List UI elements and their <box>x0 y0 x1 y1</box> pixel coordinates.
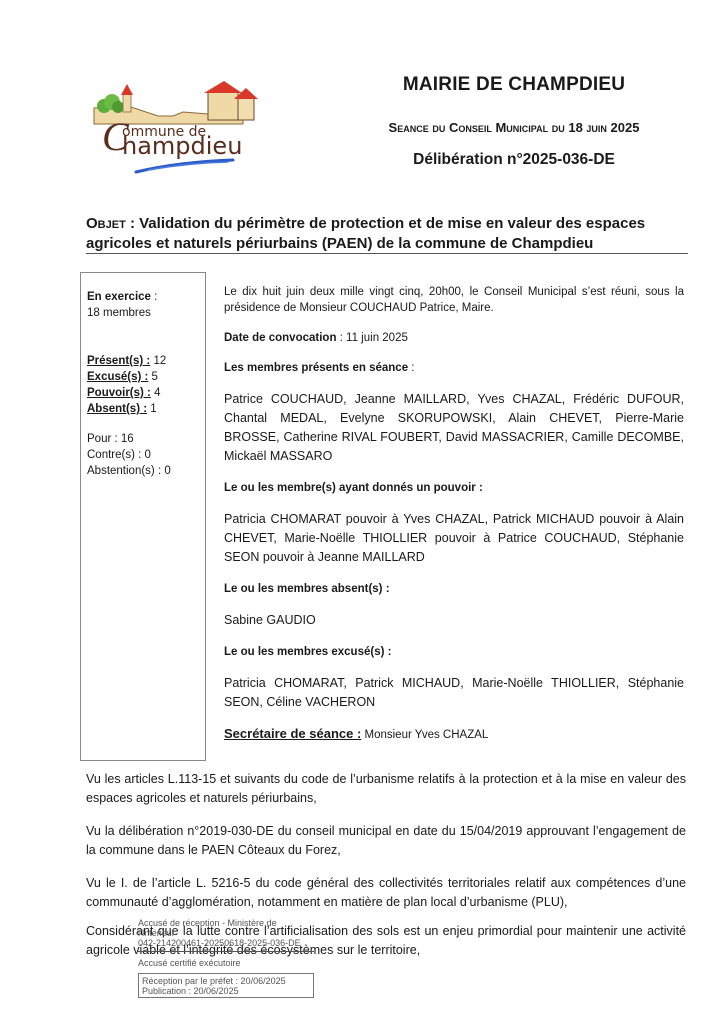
objet-divider <box>86 253 688 254</box>
svg-text:hampdieu: hampdieu <box>122 132 242 160</box>
vote-pour: Pour : 16 <box>87 431 199 447</box>
absent-list: Sabine GAUDIO <box>224 611 684 630</box>
presents-list: Patrice COUCHAUD, Jeanne MAILLARD, Yves … <box>224 390 684 466</box>
pouvoirs-count: Pouvoir(s) : 4 <box>87 385 199 401</box>
seance-subtitle: Seance du Conseil Municipal du 18 juin 2… <box>328 120 700 135</box>
commune-logo: C ommune de hampdieu <box>88 76 268 184</box>
stamp-reception-date: Réception par le préfet : 20/06/2025 <box>142 976 310 986</box>
objet-heading: Objet : Validation du périmètre de prote… <box>86 214 686 254</box>
vote-contre: Contre(s) : 0 <box>87 447 199 463</box>
en-exercice: En exercice : <box>87 289 199 305</box>
stamp-reference: 042-214200461-20250618-2025-036-DE <box>138 938 314 948</box>
mairie-title: MAIRIE DE CHAMPDIEU <box>328 74 700 96</box>
visa-deliberation-2019: Vu la délibération n°2019-030-DE du cons… <box>86 822 686 860</box>
vote-abstention: Abstention(s) : 0 <box>87 463 199 479</box>
deliberation-number: Délibération n°2025-036-DE <box>328 151 700 169</box>
pouvoir-heading: Le ou les membre(s) ayant donnés un pouv… <box>224 480 684 496</box>
intro-paragraph: Le dix huit juin deux mille vingt cinq, … <box>224 284 684 316</box>
presents-count: Présent(s) : 12 <box>87 353 199 369</box>
presents-heading: Les membres présents en séance : <box>224 360 684 376</box>
stamp-ministere: Accusé de réception - Ministère de l'Int… <box>138 918 314 938</box>
summary-box-bottom-rule <box>80 760 206 761</box>
stamp-dates-box: Réception par le préfet : 20/06/2025 Pub… <box>138 973 314 997</box>
objet-text: : Validation du périmètre de protection … <box>86 215 645 252</box>
pouvoir-list: Patricia CHOMARAT pouvoir à Yves CHAZAL,… <box>224 510 684 567</box>
excuses-count: Excusé(s) : 5 <box>87 369 199 385</box>
en-exercice-value: 18 membres <box>87 305 199 321</box>
prefecture-receipt-stamp: Accusé de réception - Ministère de l'Int… <box>138 918 314 998</box>
convocation-date: Date de convocation : 11 juin 2025 <box>224 330 684 346</box>
attendance-summary-box: En exercice : 18 membres Présent(s) : 12… <box>80 272 206 760</box>
absent-heading: Le ou les membres absent(s) : <box>224 581 684 597</box>
document-header: MAIRIE DE CHAMPDIEU Seance du Conseil Mu… <box>300 74 700 169</box>
champdieu-castle-logo-icon: C ommune de hampdieu <box>88 76 268 184</box>
objet-label: Objet <box>86 215 126 232</box>
stamp-publication-date: Publication : 20/06/2025 <box>142 986 310 996</box>
stamp-executoire: Accusé certifié exécutoire <box>138 958 314 968</box>
excuse-list: Patricia CHOMARAT, Patrick MICHAUD, Mari… <box>224 674 684 712</box>
excuse-heading: Le ou les membres excusé(s) : <box>224 644 684 660</box>
session-details: Le dix huit juin deux mille vingt cinq, … <box>224 284 684 743</box>
visa-cgct: Vu le I. de l’article L. 5216-5 du code … <box>86 874 686 912</box>
secretaire-line: Secrétaire de séance : Monsieur Yves CHA… <box>224 726 684 743</box>
visa-articles-urbanisme: Vu les articles L.113-15 et suivants du … <box>86 770 686 808</box>
absents-count: Absent(s) : 1 <box>87 401 199 417</box>
